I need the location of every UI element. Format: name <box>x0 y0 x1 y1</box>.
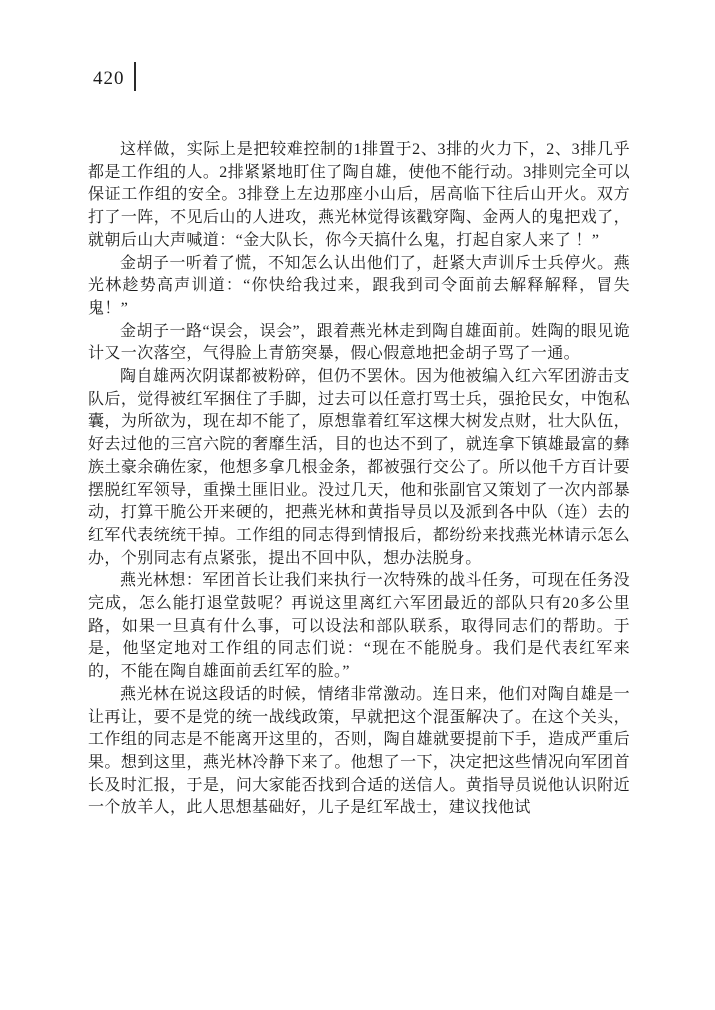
page-number: 420 <box>93 65 125 88</box>
page-body: 这样做，实际上是把较难控制的1排置于2、3排的火力下，2、3排几乎都是工作组的人… <box>88 139 630 820</box>
page-number-divider <box>134 62 136 91</box>
body-paragraph: 燕光林在说这段话的时候，情绪非常激动。连日来，他们对陶自雄是一让再让，要不是党的… <box>88 684 630 820</box>
page-header: 420 <box>93 62 136 91</box>
book-page: 420 这样做，实际上是把较难控制的1排置于2、3排的火力下，2、3排几乎都是工… <box>0 0 715 1010</box>
body-paragraph: 金胡子一路“误会，误会”，跟着燕光林走到陶自雄面前。姓陶的眼见诡计又一次落空，气… <box>88 321 630 366</box>
body-paragraph: 这样做，实际上是把较难控制的1排置于2、3排的火力下，2、3排几乎都是工作组的人… <box>88 139 630 253</box>
body-paragraph: 燕光林想：军团首长让我们来执行一次特殊的战斗任务，可现在任务没完成，怎么能打退堂… <box>88 570 630 684</box>
body-paragraph: 陶自雄两次阴谋都被粉碎，但仍不罢休。因为他被编入红六军团游击支队后，觉得被红军捆… <box>88 366 630 570</box>
body-paragraph: 金胡子一听着了慌，不知怎么认出他们了，赶紧大声训斥士兵停火。燕光林趁势高声训道：… <box>88 253 630 321</box>
